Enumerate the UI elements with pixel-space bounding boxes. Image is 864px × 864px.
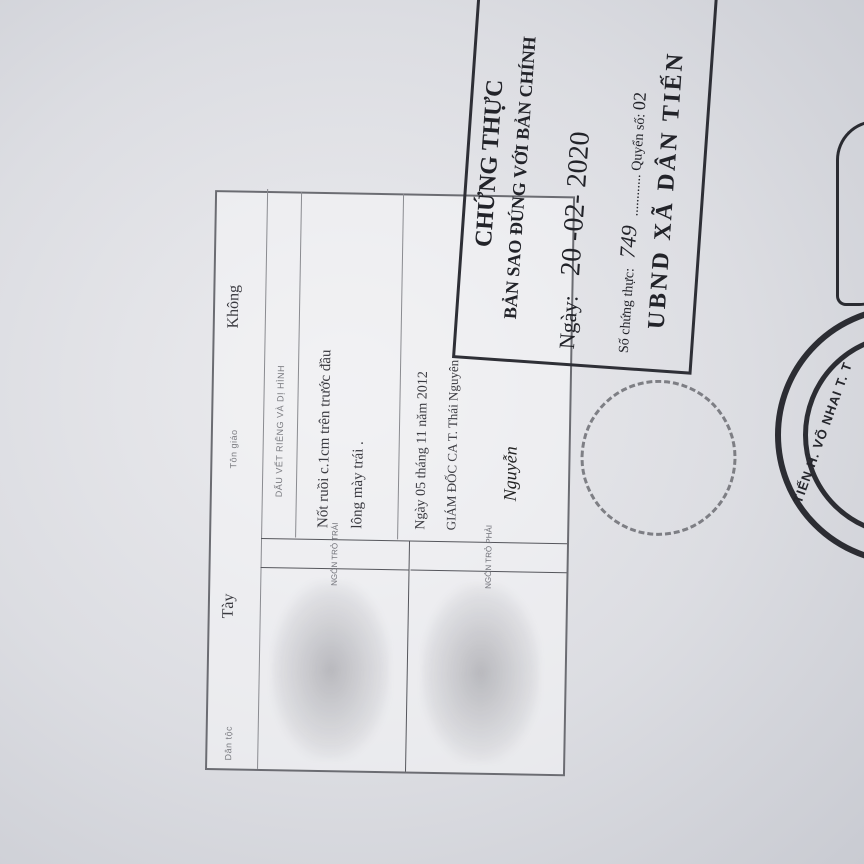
fingerprint-area: NGÓN TRỎ TRÁI NGÓN TRỎ PHẢI xyxy=(257,538,567,774)
marks-line-1: Nốt ruồi c.1cm trên trước đầu xyxy=(315,349,335,528)
stamp-title: CHỨNG THỰC xyxy=(471,79,510,248)
fingerprint-image xyxy=(419,582,542,764)
police-seal xyxy=(579,379,738,538)
fingerprint-image xyxy=(269,579,392,761)
signature: Nguyễn xyxy=(500,446,522,501)
book-no-value: 02 xyxy=(629,91,650,110)
cert-no-label: Số chứng thực: xyxy=(617,268,638,354)
date-value: 20 -02- 2020 xyxy=(555,130,596,276)
issue-date: Ngày 05 tháng 11 năm 2012 xyxy=(413,371,432,530)
ethnicity-label: Dân tộc xyxy=(223,726,234,761)
ethnicity-value: Tày xyxy=(220,593,238,618)
left-index-fingerprint: NGÓN TRỎ TRÁI xyxy=(257,539,410,772)
marks-header: DẤU VẾT RIÊNG VÀ DỊ HÌNH xyxy=(261,191,302,538)
stamp-subtitle: BẢN SAO ĐÚNG VỚI BẢN CHÍNH xyxy=(500,36,541,320)
religion-label: Tôn giáo xyxy=(228,429,239,468)
cert-no-value: 749 xyxy=(614,224,641,259)
certification-stamp: CHỨNG THỰC BẢN SAO ĐÚNG VỚI BẢN CHÍNH Ng… xyxy=(452,0,720,375)
book-no-label: Quyển số: xyxy=(630,113,649,171)
issue-place: GIÁM ĐỐC CA T. Thái Nguyên xyxy=(443,360,462,531)
handwritten-signature xyxy=(836,120,864,306)
right-index-fingerprint: NGÓN TRỎ PHẢI xyxy=(407,542,567,775)
marks-line-2: lông mày trái . xyxy=(349,441,368,529)
marks-label: DẤU VẾT RIÊNG VÀ DỊ HÌNH xyxy=(274,365,286,498)
date-label: Ngày: xyxy=(554,294,583,349)
religion-value: Không xyxy=(225,285,244,329)
marks-value: Nốt ruồi c.1cm trên trước đầu lông mày t… xyxy=(297,192,404,540)
stamp-date: Ngày: 20 -02- 2020 xyxy=(550,130,597,350)
